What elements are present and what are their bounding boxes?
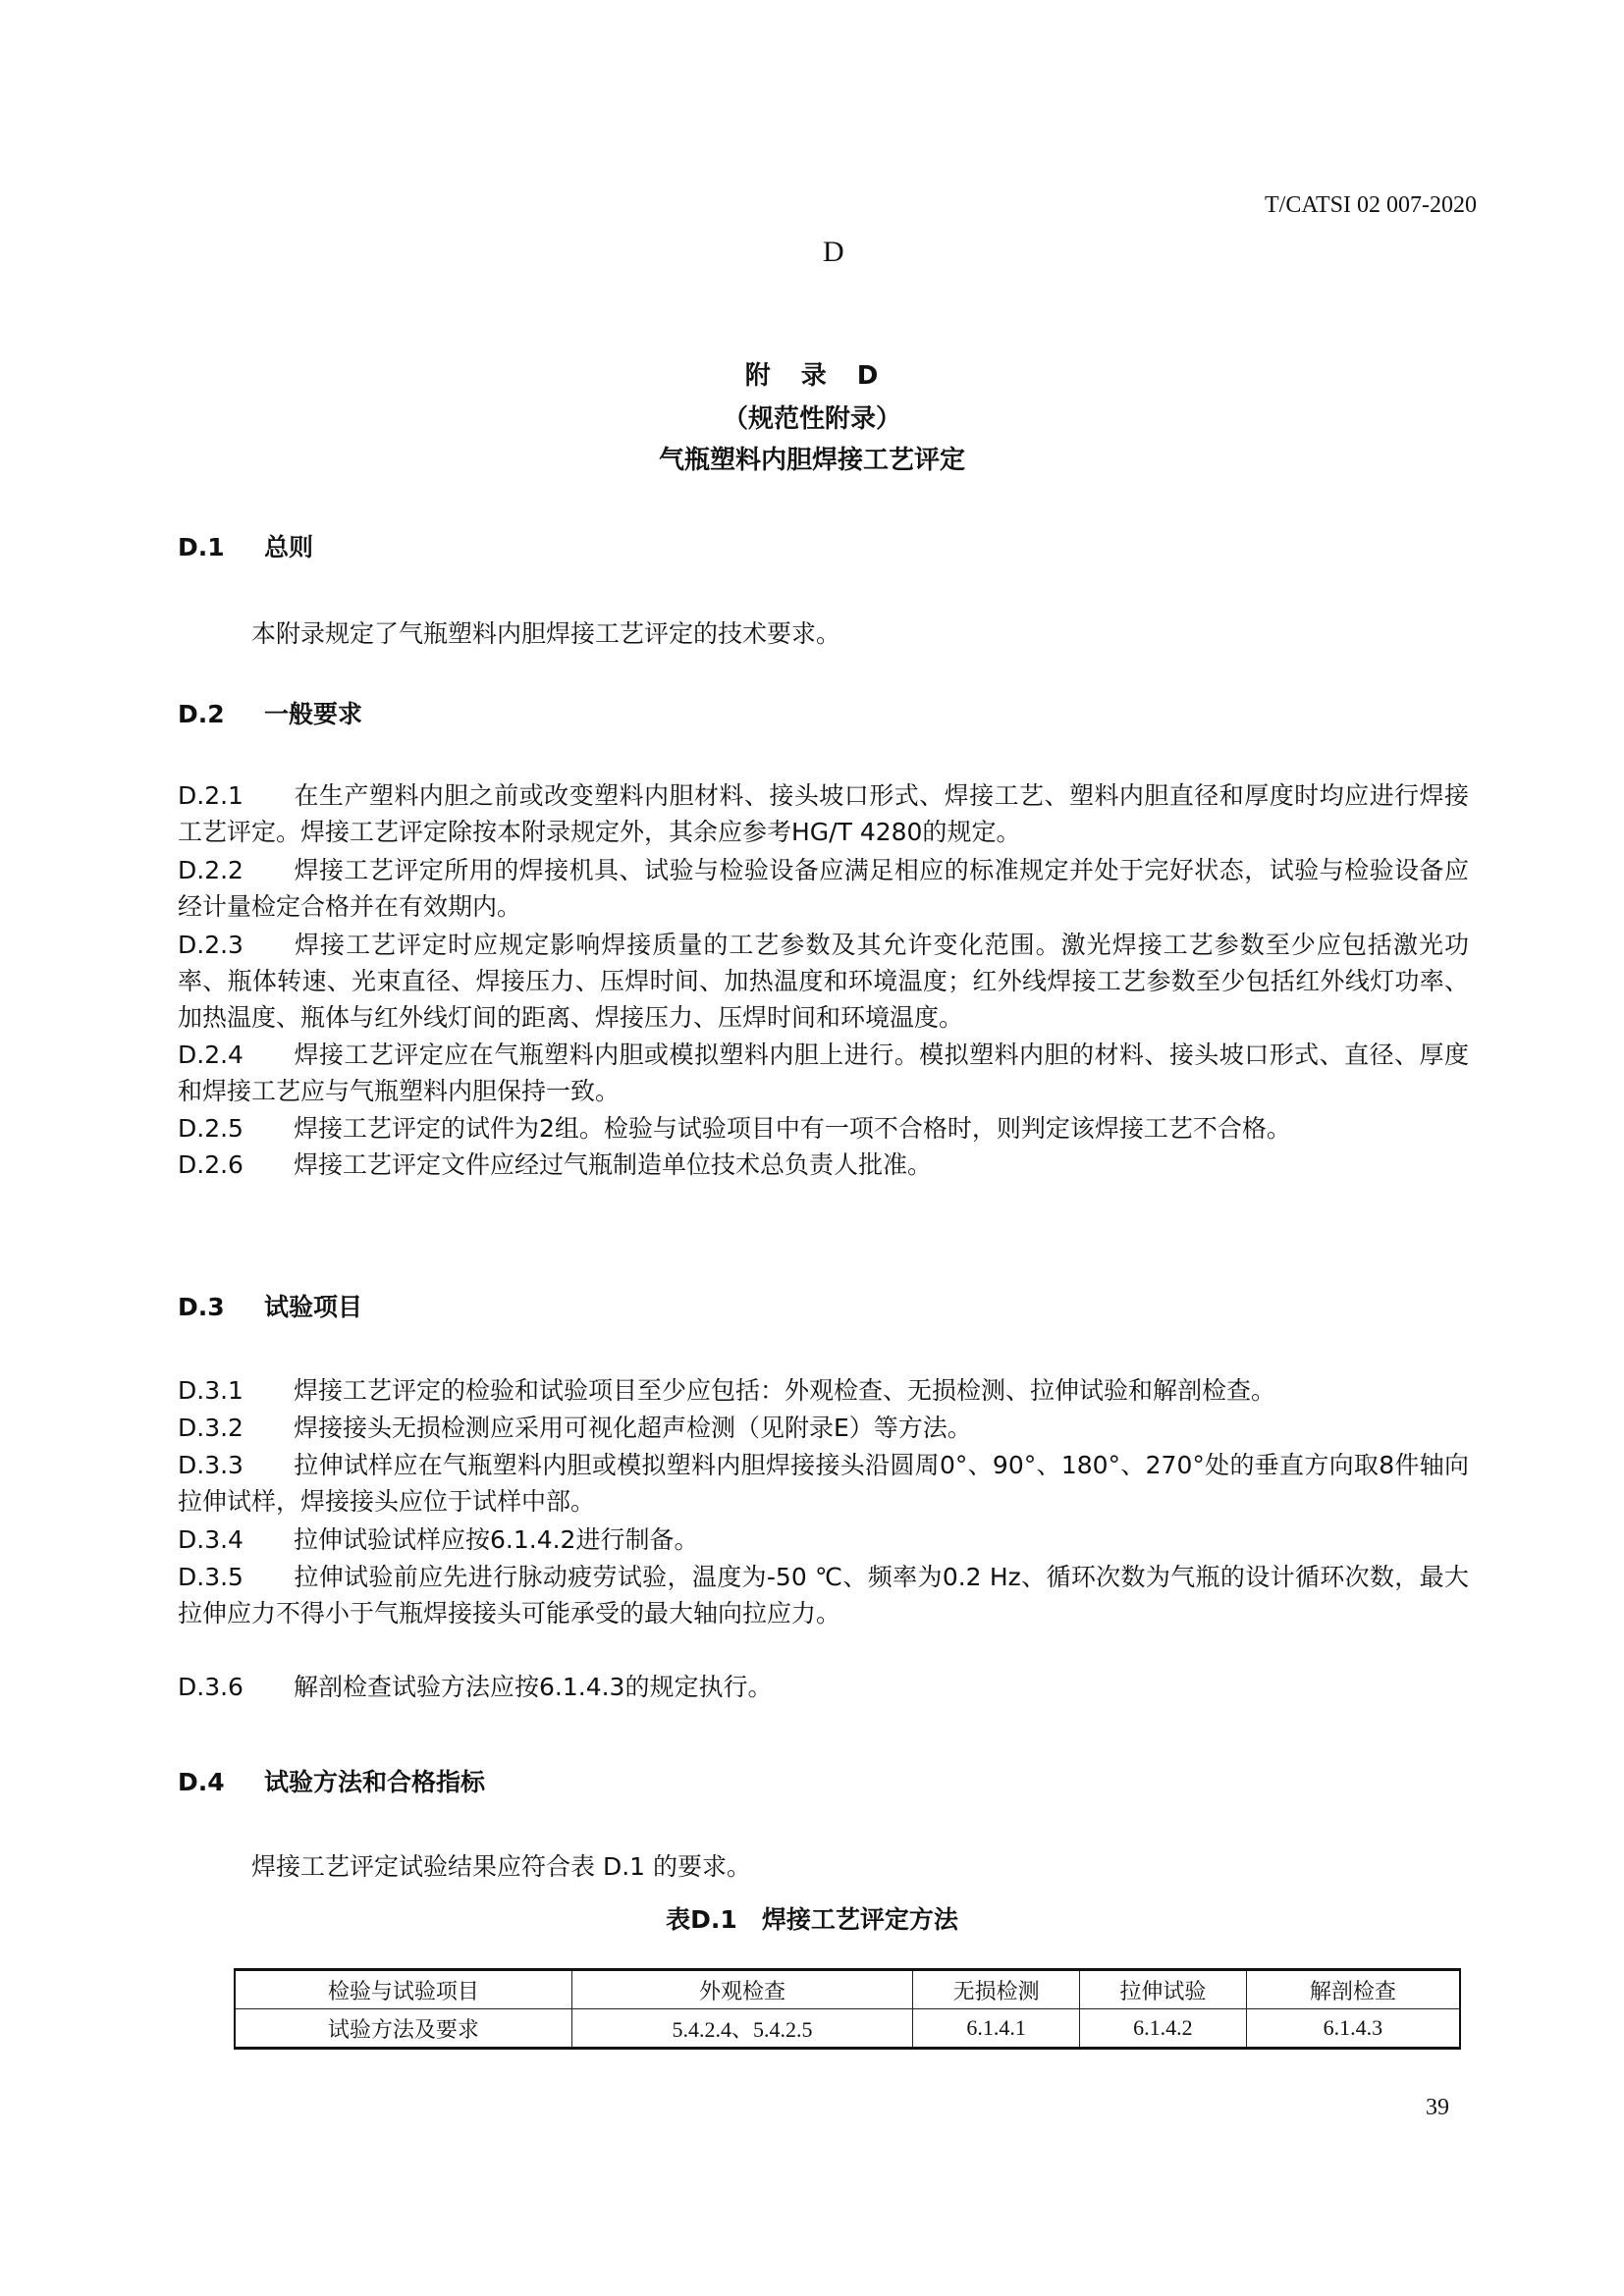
clause-d-3-6: D.3.6解剖检查试验方法应按6.1.4.3的规定执行。 bbox=[178, 1669, 1469, 1705]
appendix-type: （规范性附录） bbox=[0, 399, 1624, 435]
clause-d-2-2: D.2.2焊接工艺评定所用的焊接机具、试验与检验设备应满足相应的标准规定并处于完… bbox=[178, 852, 1469, 925]
clause-d-2-4: D.2.4焊接工艺评定应在气瓶塑料内胆或模拟塑料内胆上进行。模拟塑料内胆的材料、… bbox=[178, 1037, 1469, 1109]
appendix-title: 气瓶塑料内胆焊接工艺评定 bbox=[0, 440, 1624, 476]
clause-d-2-6: D.2.6焊接工艺评定文件应经过气瓶制造单位技术总负责人批准。 bbox=[178, 1147, 1469, 1183]
document-id: T/CATSI 02 007-2020 bbox=[1265, 192, 1477, 219]
table-cell: 检验与试验项目 bbox=[235, 1970, 571, 2009]
section-heading-d2: D.2一般要求 bbox=[178, 695, 362, 730]
table-cell: 5.4.2.4、5.4.2.5 bbox=[571, 2009, 912, 2049]
clause-d-3-4: D.3.4拉伸试验试样应按6.1.4.2进行制备。 bbox=[178, 1522, 1469, 1558]
clause-d-3-3: D.3.3拉伸试样应在气瓶塑料内胆或模拟塑料内胆焊接接头沿圆周0°、90°、18… bbox=[178, 1447, 1469, 1520]
table-row: 检验与试验项目 外观检查 无损检测 拉伸试验 解剖检查 bbox=[235, 1970, 1460, 2009]
table-cell: 解剖检查 bbox=[1246, 1970, 1460, 2009]
clause-d-2-1: D.2.1在生产塑料内胆之前或改变塑料内胆材料、接头坡口形式、焊接工艺、塑料内胆… bbox=[178, 777, 1469, 850]
clause-d-3-2: D.3.2焊接接头无损检测应采用可视化超声检测（见附录E）等方法。 bbox=[178, 1410, 1469, 1446]
table-cell: 外观检查 bbox=[571, 1970, 912, 2009]
clause-d-3-5: D.3.5拉伸试验前应先进行脉动疲劳试验，温度为-50 ℃、频率为0.2 Hz、… bbox=[178, 1559, 1469, 1631]
clause-d-3-1: D.3.1焊接工艺评定的检验和试验项目至少应包括：外观检查、无损检测、拉伸试验和… bbox=[178, 1372, 1469, 1409]
table-row: 试验方法及要求 5.4.2.4、5.4.2.5 6.1.4.1 6.1.4.2 … bbox=[235, 2009, 1460, 2049]
section-d4-text: 焊接工艺评定试验结果应符合表 D.1 的要求。 bbox=[251, 1847, 751, 1883]
table-cell: 6.1.4.3 bbox=[1246, 2009, 1460, 2049]
table-cell: 拉伸试验 bbox=[1080, 1970, 1247, 2009]
page-number: 39 bbox=[1426, 2095, 1449, 2121]
section-heading-d3: D.3试验项目 bbox=[178, 1288, 362, 1323]
table-cell: 6.1.4.2 bbox=[1080, 2009, 1247, 2049]
clause-d-2-3: D.2.3焊接工艺评定时应规定影响焊接质量的工艺参数及其允许变化范围。激光焊接工… bbox=[178, 927, 1469, 1036]
section-heading-d4: D.4试验方法和合格指标 bbox=[178, 1763, 485, 1798]
table-caption: 表D.1 焊接工艺评定方法 bbox=[0, 1900, 1624, 1936]
table-cell: 试验方法及要求 bbox=[235, 2009, 571, 2049]
table-cell: 6.1.4.1 bbox=[913, 2009, 1080, 2049]
table-cell: 无损检测 bbox=[913, 1970, 1080, 2009]
clause-d-2-5: D.2.5焊接工艺评定的试件为2组。检验与试验项目中有一项不合格时，则判定该焊接… bbox=[178, 1110, 1469, 1147]
appendix-logo-icon: D bbox=[823, 236, 844, 269]
section-d1-text: 本附录规定了气瓶塑料内胆焊接工艺评定的技术要求。 bbox=[251, 614, 840, 650]
appendix-label: 附录D bbox=[0, 355, 1624, 392]
section-heading-d1: D.1总则 bbox=[178, 528, 313, 563]
evaluation-method-table: 检验与试验项目 外观检查 无损检测 拉伸试验 解剖检查 试验方法及要求 5.4.… bbox=[234, 1968, 1461, 2050]
